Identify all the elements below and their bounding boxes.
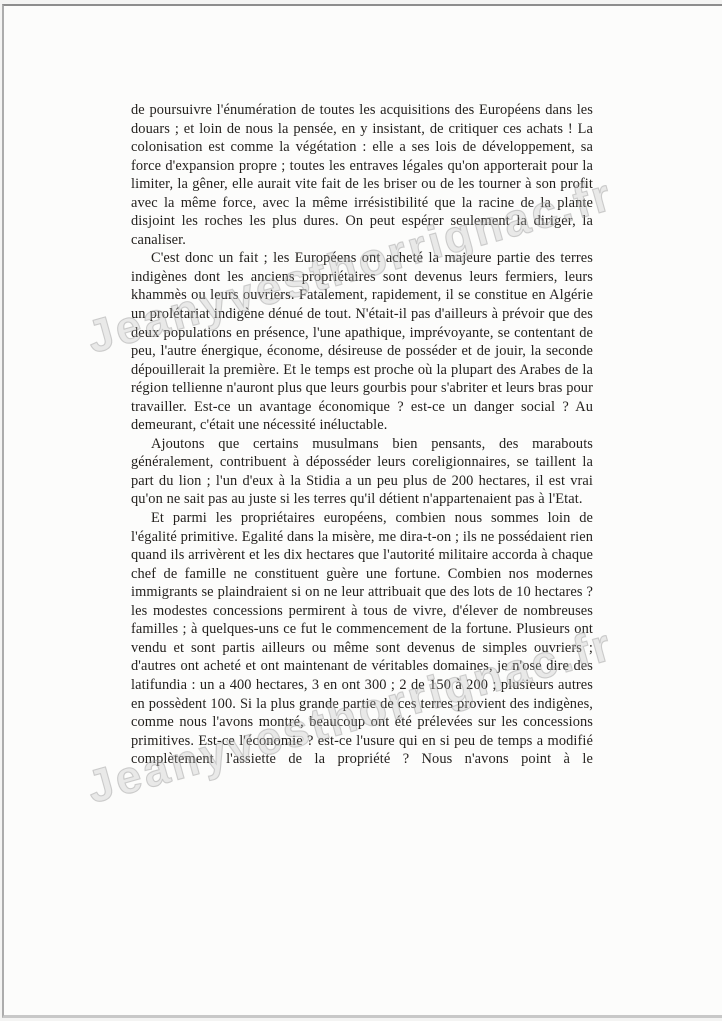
body-text-column: de poursuivre l'énumération de toutes le…	[131, 101, 593, 769]
paragraph-4: Et parmi les propriétaires européens, co…	[131, 509, 593, 769]
paragraph-1: de poursuivre l'énumération de toutes le…	[131, 101, 593, 249]
paragraph-3: Ajoutons que certains musulmans bien pen…	[131, 435, 593, 509]
scanned-document-screenshot: { "page": { "paragraphs": [ { "text": "d…	[0, 0, 722, 1021]
paragraph-2: C'est donc un fait ; les Européens ont a…	[131, 249, 593, 434]
